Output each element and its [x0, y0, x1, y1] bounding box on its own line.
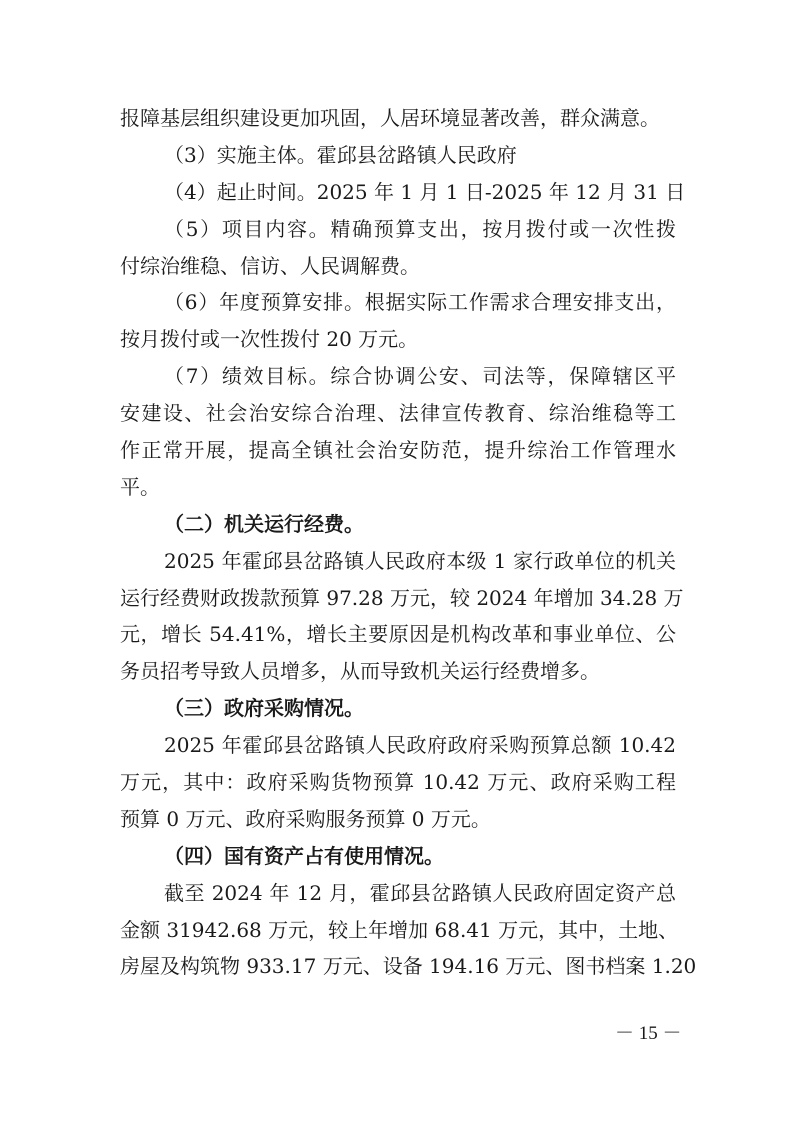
paragraph-line: 金额 31942.68 万元，较上年增加 68.41 万元，其中，土地、: [120, 915, 676, 952]
paragraph-line: （7）绩效目标。综合协调公安、司法等，保障辖区平: [120, 361, 676, 398]
paragraph-line: 付综治维稳、信访、人民调解费。: [120, 251, 676, 288]
document-page: 报障基层组织建设更加巩固，人居环境显著改善，群众满意。（3）实施主体。霍邱县岔路…: [120, 103, 676, 988]
paragraph-line: 平。: [120, 472, 676, 509]
paragraph-line: （4）起止时间。2025 年 1 月 1 日-2025 年 12 月 31 日: [120, 177, 676, 214]
paragraph-line: 报障基层组织建设更加巩固，人居环境显著改善，群众满意。: [120, 103, 676, 140]
paragraph-line: 作正常开展，提高全镇社会治安防范，提升综治工作管理水: [120, 435, 676, 472]
paragraph-line: 2025 年霍邱县岔路镇人民政府政府采购预算总额 10.42: [120, 730, 676, 767]
paragraph-line: 万元，其中：政府采购货物预算 10.42 万元、政府采购工程: [120, 767, 676, 804]
paragraph-line: 2025 年霍邱县岔路镇人民政府本级 1 家行政单位的机关: [120, 546, 676, 583]
paragraph-line: 房屋及构筑物 933.17 万元、设备 194.16 万元、图书档案 1.20: [120, 951, 676, 988]
paragraph-line: （3）实施主体。霍邱县岔路镇人民政府: [120, 140, 676, 177]
page-number: － 15 －: [615, 1018, 682, 1045]
section-heading: （四）国有资产占有使用情况。: [120, 841, 676, 878]
paragraph-line: 运行经费财政拨款预算 97.28 万元，较 2024 年增加 34.28 万: [120, 583, 676, 620]
paragraph-line: 按月拨付或一次性拨付 20 万元。: [120, 324, 676, 361]
paragraph-line: （6）年度预算安排。根据实际工作需求合理安排支出，: [120, 287, 676, 324]
paragraph-line: 务员招考导致人员增多，从而导致机关运行经费增多。: [120, 656, 676, 693]
paragraph-line: 截至 2024 年 12 月，霍邱县岔路镇人民政府固定资产总: [120, 878, 676, 915]
paragraph-line: （5）项目内容。精确预算支出，按月拨付或一次性拨: [120, 214, 676, 251]
section-heading: （三）政府采购情况。: [120, 693, 676, 730]
section-heading: （二）机关运行经费。: [120, 509, 676, 546]
paragraph-line: 安建设、社会治安综合治理、法律宣传教育、综治维稳等工: [120, 398, 676, 435]
paragraph-line: 元，增长 54.41%，增长主要原因是机构改革和事业单位、公: [120, 619, 676, 656]
paragraph-line: 预算 0 万元、政府采购服务预算 0 万元。: [120, 804, 676, 841]
